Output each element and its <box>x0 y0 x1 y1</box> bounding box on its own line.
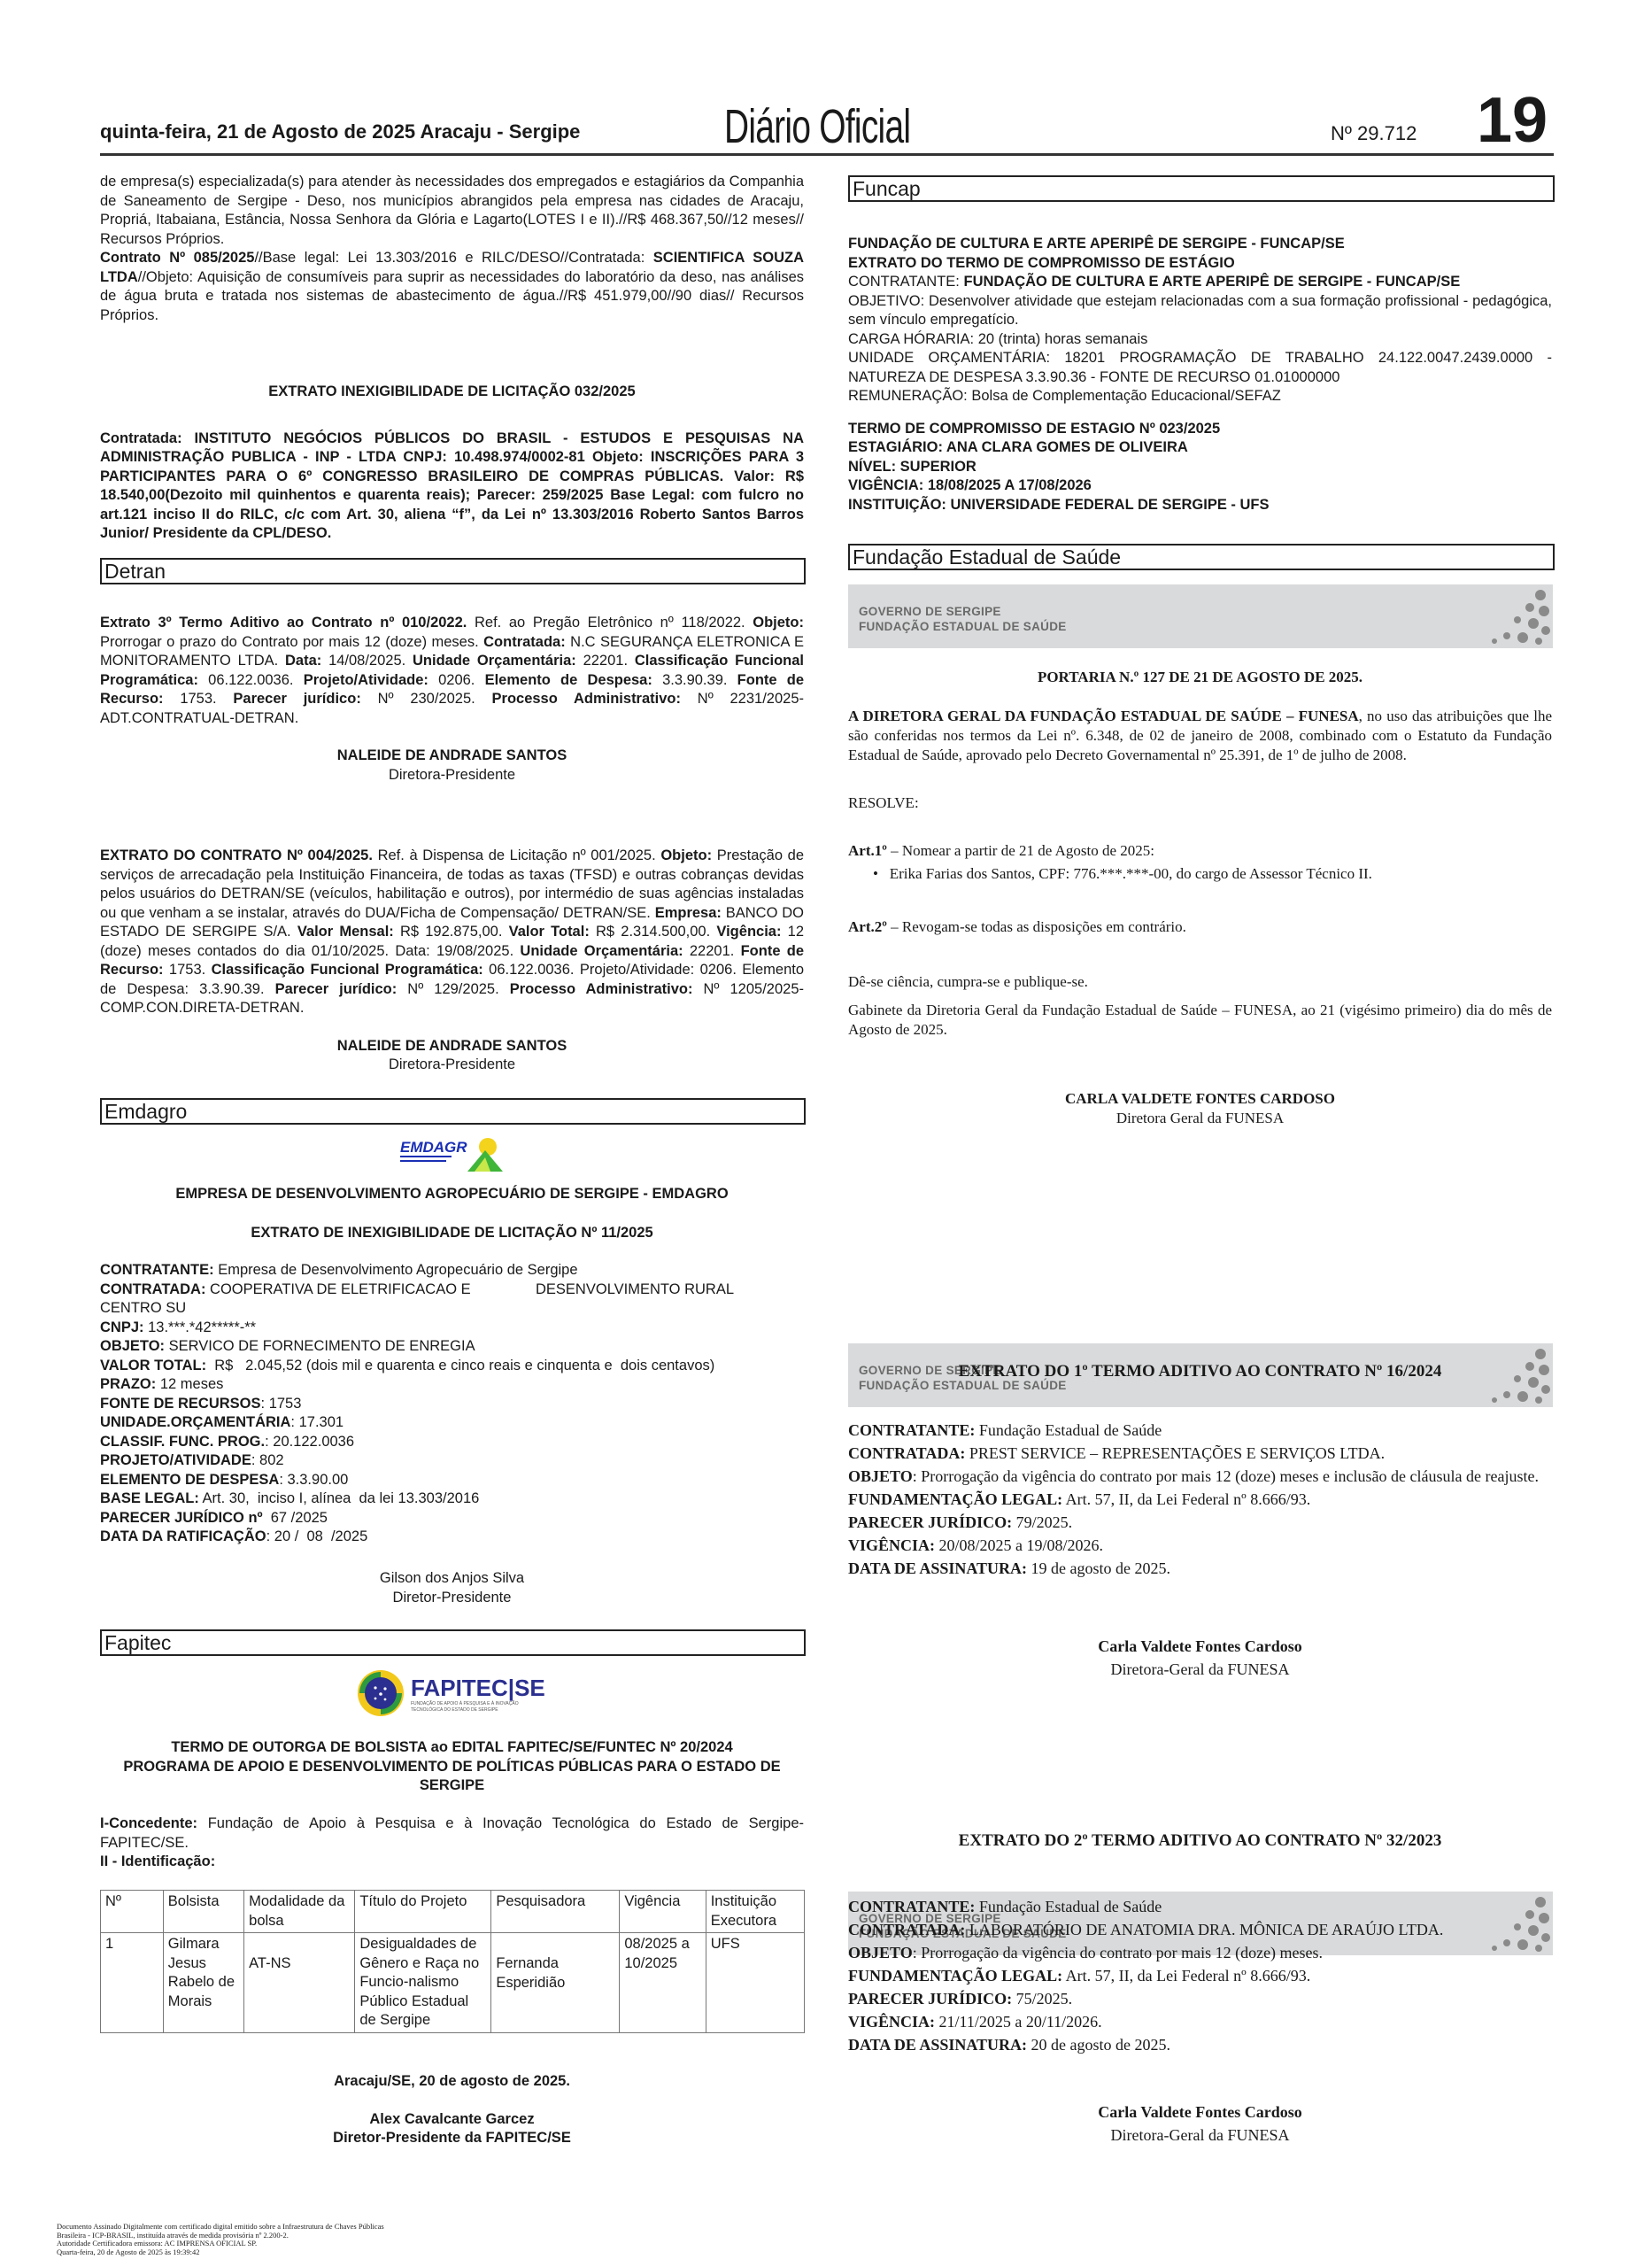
page-number: 19 <box>1477 89 1548 152</box>
field-row: PROJETO/ATIVIDADE: 802 <box>100 1451 773 1471</box>
field-value: : 3.3.90.00 <box>279 1472 348 1488</box>
signer-name: Carla Valdete Fontes Cardoso <box>848 2101 1552 2124</box>
extrato2-fields: CONTRATANTE: Fundação Estadual de SaúdeC… <box>848 1895 1552 2056</box>
extrato1: EXTRATO DO 1º TERMO ADITIVO AO CONTRATO … <box>848 1360 1552 1681</box>
svg-text:TECNOLÓGICA DO ESTADO DE SERGI: TECNOLÓGICA DO ESTADO DE SERGIPE <box>411 1706 498 1713</box>
field-row: CONTRATADA: COOPERATIVA DE ELETRIFICACAO… <box>100 1281 773 1319</box>
field-row: PARECER JURÍDICO: 79/2025. <box>848 1511 1552 1534</box>
field-row: DATA DA RATIFICAÇÃO: 20 / 08 /2025 <box>100 1528 773 1547</box>
field-label: Valor Mensal: <box>297 924 400 940</box>
signer-role: Diretora-Presidente <box>100 766 804 785</box>
field-label: FONTE DE RECURSOS <box>100 1396 261 1412</box>
field-value: 19 de agosto de 2025. <box>1027 1559 1170 1577</box>
bullet-icon: • <box>873 865 890 882</box>
contract-text: //Base legal: Lei 13.303/2016 e RILC/DES… <box>254 250 652 266</box>
concedente-value: Fundação de Apoio à Pesquisa e à Inovaçã… <box>100 1815 804 1851</box>
program-title: PROGRAMA DE APOIO E DESENVOLVIMENTO DE P… <box>100 1758 804 1796</box>
gabinete: Gabinete da Diretoria Geral da Fundação … <box>848 1001 1552 1040</box>
field-row: CLASSIF. FUNC. PROG.: 20.122.0036 <box>100 1433 773 1452</box>
deso-paragraph: de empresa(s) especializada(s) para aten… <box>100 173 804 249</box>
objetivo: OBJETIVO: Desenvolver atividade que este… <box>848 292 1552 330</box>
field-label: CONTRATANTE: <box>100 1262 214 1278</box>
signer-name: Gilson dos Anjos Silva <box>100 1569 804 1589</box>
field-value: : 17.301 <box>290 1414 344 1430</box>
field-label: Contratada: <box>483 634 570 650</box>
field-row: CONTRATANTE: Empresa de Desenvolvimento … <box>100 1261 773 1281</box>
funcap-org: FUNDAÇÃO DE CULTURA E ARTE APERIPÊ DE SE… <box>848 235 1552 254</box>
field-row: CONTRATADA: PREST SERVICE – REPRESENTAÇÕ… <box>848 1442 1552 1465</box>
field-value: R$ 2.314.500,00. <box>596 924 716 940</box>
resolve: RESOLVE: <box>848 793 1552 813</box>
table-header-cell: Pesquisadora <box>491 1891 620 1933</box>
field-label: Extrato 3º Termo Aditivo ao Contrato nº … <box>100 615 475 631</box>
field-value: R$ 2.045,52 (dois mil e quarenta e cinco… <box>206 1358 714 1373</box>
unidade-orcamentaria: UNIDADE ORÇAMENTÁRIA: 18201 PROGRAMAÇÃO … <box>848 349 1552 387</box>
field-value: Ref. à Dispensa de Licitação nº 001/2025… <box>378 847 661 863</box>
field-value: 0206. <box>438 672 484 688</box>
fapitec-concedente: I-Concedente: Fundação de Apoio à Pesqui… <box>100 1814 804 1872</box>
svg-text:FUNDAÇÃO DE APOIO À PESQUISA E: FUNDAÇÃO DE APOIO À PESQUISA E À INOVAÇÃ… <box>411 1700 519 1706</box>
funcap-doc-title: EXTRATO DO TERMO DE COMPROMISSO DE ESTÁG… <box>848 254 1552 274</box>
signer-role: Diretora-Presidente <box>100 1056 804 1075</box>
table-cell: AT-NS <box>244 1933 355 2033</box>
header-rule <box>100 153 1554 156</box>
extrato2-title: EXTRATO DO 2º TERMO ADITIVO AO CONTRATO … <box>848 1830 1552 1853</box>
field-label: Parecer jurídico: <box>233 691 377 707</box>
field-row: FUNDAMENTAÇÃO LEGAL: Art. 57, II, da Lei… <box>848 1488 1552 1511</box>
emdagro-org-title: EMPRESA DE DESENVOLVIMENTO AGROPECUÁRIO … <box>100 1185 804 1242</box>
art2-text: – Revogam-se todas as disposições em con… <box>887 918 1186 935</box>
doc-title: EXTRATO DE INEXIGIBILIDADE DE LICITAÇÃO … <box>100 1224 804 1243</box>
ornament-icon <box>1454 586 1551 646</box>
field-label: DATA DE ASSINATURA: <box>848 2036 1027 2054</box>
field-label: OBJETO: <box>100 1338 165 1354</box>
funesa-banner: GOVERNO DE SERGIPEFUNDAÇÃO ESTADUAL DE S… <box>848 584 1553 648</box>
field-value: 14/08/2025. <box>328 653 413 669</box>
field-label: Processo Administrativo: <box>492 691 698 707</box>
field-label: CONTRATADA: <box>848 1921 965 1938</box>
extrato2: EXTRATO DO 2º TERMO ADITIVO AO CONTRATO … <box>848 1830 1552 2147</box>
remuneracao: REMUNERAÇÃO: Bolsa de Complementação Edu… <box>848 387 1552 406</box>
table-row: 1Gilmara Jesus Rabelo de MoraisAT-NSDesi… <box>101 1933 805 2033</box>
detran-extrato-2: EXTRATO DO CONTRATO Nº 004/2025. Ref. à … <box>100 847 804 1075</box>
field-label: Valor Total: <box>509 924 596 940</box>
table-header-cell: Vigência <box>620 1891 706 1933</box>
field-value: : Prorrogação da vigência do contrato po… <box>913 1467 1539 1485</box>
field-row: BASE LEGAL: Art. 30, inciso I, alínea da… <box>100 1489 773 1509</box>
contract-label: Contrato Nº 085/2025 <box>100 250 254 266</box>
place-date: Aracaju/SE, 20 de agosto de 2025. <box>100 2072 804 2092</box>
field-label: VIGÊNCIA: <box>848 2013 935 2031</box>
field-label: Vigência: <box>716 924 787 940</box>
art1-label: Art.1º <box>848 842 887 859</box>
scholarship-table: NºBolsistaModalidade da bolsaTítulo do P… <box>100 1890 805 2033</box>
carga-horaria: CARGA HÓRARIA: 20 (trinta) horas semanai… <box>848 330 1552 350</box>
field-label: Objeto: <box>660 847 716 863</box>
art2-label: Art.2º <box>848 918 887 935</box>
field-value: 1753. <box>169 962 212 978</box>
section-header-funcap: Funcap <box>848 175 1555 202</box>
field-label: Classificação Funcional Programática: <box>212 962 490 978</box>
signer-name: CARLA VALDETE FONTES CARDOSO <box>848 1089 1552 1109</box>
table-cell: Fernanda Esperidião <box>491 1933 620 2033</box>
funcap-body: FUNDAÇÃO DE CULTURA E ARTE APERIPÊ DE SE… <box>848 235 1552 515</box>
field-label: PRAZO: <box>100 1376 156 1392</box>
field-value: 75/2025. <box>1012 1990 1072 2008</box>
digital-signature-footer: Documento Assinado Digitalmente com cert… <box>57 2223 384 2256</box>
table-cell: Gilmara Jesus Rabelo de Morais <box>163 1933 243 2033</box>
signer-name: Alex Cavalcante Garcez <box>100 2110 804 2130</box>
field-row: CONTRATADA: LABORATÓRIO DE ANATOMIA DRA.… <box>848 1918 1552 1941</box>
field-row: OBJETO: SERVICO DE FORNECIMENTO DE ENREG… <box>100 1337 773 1357</box>
field-row: CONTRATANTE: Fundação Estadual de Saúde <box>848 1419 1552 1442</box>
fapitec-table-wrap: NºBolsistaModalidade da bolsaTítulo do P… <box>100 1890 805 2033</box>
field-value: Fundação Estadual de Saúde <box>975 1898 1162 1915</box>
field-value: 12 meses <box>156 1376 223 1392</box>
emdagro-signature: Gilson dos Anjos Silva Diretor-President… <box>100 1569 804 1607</box>
table-cell: Desigualdades de Gênero e Raça no Funcio… <box>355 1933 491 2033</box>
field-label: CONTRATANTE: <box>848 1898 975 1915</box>
field-label: PARECER JURÍDICO nº <box>100 1510 263 1526</box>
table-header-cell: Instituição Executora <box>706 1891 804 1933</box>
svg-text:EMDAGR: EMDAGR <box>400 1139 467 1156</box>
inex-body: Contratada: INSTITUTO NEGÓCIOS PÚBLICOS … <box>100 429 804 544</box>
detran-extrato-1: Extrato 3º Termo Aditivo ao Contrato nº … <box>100 614 804 785</box>
field-row: OBJETO: Prorrogação da vigência do contr… <box>848 1941 1552 1964</box>
detran-e1-body: Extrato 3º Termo Aditivo ao Contrato nº … <box>100 614 804 728</box>
termo: TERMO DE COMPROMISSO DE ESTAGIO Nº 023/2… <box>848 420 1552 439</box>
field-label: OBJETO <box>848 1944 913 1961</box>
field-value: Empresa de Desenvolvimento Agropecuário … <box>214 1262 578 1278</box>
concedente-label: I-Concedente: <box>100 1815 197 1831</box>
svg-text:FAPITEC|SE: FAPITEC|SE <box>411 1675 545 1701</box>
table-header-cell: Título do Projeto <box>355 1891 491 1933</box>
edition-number: Nº 29.712 <box>1331 122 1417 145</box>
field-row: OBJETO: Prorrogação da vigência do contr… <box>848 1465 1552 1488</box>
field-label: CNPJ: <box>100 1319 144 1335</box>
deso-inex: EXTRATO INEXIGIBILIDADE DE LICITAÇÃO 032… <box>100 383 804 544</box>
field-value: 22201. <box>583 653 635 669</box>
nivel: NÍVEL: SUPERIOR <box>848 458 1552 477</box>
table-cell: 1 <box>101 1933 164 2033</box>
field-row: DATA DE ASSINATURA: 20 de agosto de 2025… <box>848 2033 1552 2056</box>
field-row: FONTE DE RECURSOS: 1753 <box>100 1395 773 1414</box>
emdagro-logo: EMDAGR <box>398 1136 505 1173</box>
portaria-intro-bold: A DIRETORA GERAL DA FUNDAÇÃO ESTADUAL DE… <box>848 708 1359 724</box>
field-value: PREST SERVICE – REPRESENTAÇÕES E SERVIÇO… <box>965 1444 1385 1462</box>
table-cell: 08/2025 a 10/2025 <box>620 1933 706 2033</box>
contract-text: //Objeto: Aquisição de consumíveis para … <box>100 269 804 323</box>
field-value: 22201. <box>690 943 741 959</box>
field-label: UNIDADE.ORÇAMENTÁRIA <box>100 1414 290 1430</box>
deso-continued: de empresa(s) especializada(s) para aten… <box>100 173 804 325</box>
field-value: 20/08/2025 a 19/08/2026. <box>935 1536 1103 1554</box>
field-label: CLASSIF. FUNC. PROG. <box>100 1434 265 1450</box>
field-label: Projeto/Atividade: <box>304 672 438 688</box>
signer-role: Diretora-Geral da FUNESA <box>848 1658 1552 1681</box>
portaria: PORTARIA N.º 127 DE 21 DE AGOSTO DE 2025… <box>848 668 1552 1128</box>
field-label: Parecer jurídico: <box>275 981 408 997</box>
field-value: 3.3.90.39. <box>662 672 737 688</box>
field-row: DATA DE ASSINATURA: 19 de agosto de 2025… <box>848 1557 1552 1580</box>
field-value: 1753. <box>180 691 233 707</box>
field-value: Art. 57, II, da Lei Federal nº 8.666/93. <box>1062 1490 1310 1508</box>
field-label: PROJETO/ATIVIDADE <box>100 1452 251 1468</box>
section-header-emdagro: Emdagro <box>100 1098 806 1125</box>
section-header-fapitec: Fapitec <box>100 1629 806 1656</box>
field-label: CONTRATADA: <box>100 1281 205 1297</box>
field-value: 20 de agosto de 2025. <box>1027 2036 1170 2054</box>
field-value: : Prorrogação da vigência do contrato po… <box>913 1944 1323 1961</box>
field-label: VIGÊNCIA: <box>848 1536 935 1554</box>
field-label: DATA DE ASSINATURA: <box>848 1559 1027 1577</box>
field-label: FUNDAMENTAÇÃO LEGAL: <box>848 1967 1062 1985</box>
fapitec-signature: Aracaju/SE, 20 de agosto de 2025. Alex C… <box>100 2072 804 2148</box>
identificacao-label: II - Identificação: <box>100 1853 215 1869</box>
signer-role: Diretora-Geral da FUNESA <box>848 2124 1552 2147</box>
field-value: 79/2025. <box>1012 1513 1072 1531</box>
emdagro-fields: CONTRATANTE: Empresa de Desenvolvimento … <box>100 1261 773 1547</box>
section-header-funesa: Fundação Estadual de Saúde <box>848 544 1555 570</box>
signer-role: Diretor-Presidente da FAPITEC/SE <box>100 2129 804 2148</box>
field-value: SERVICO DE FORNECIMENTO DE ENREGIA <box>165 1338 475 1354</box>
banner-org: FUNDAÇÃO ESTADUAL DE SAÚDE <box>859 619 1067 634</box>
signer-name: Carla Valdete Fontes Cardoso <box>848 1635 1552 1658</box>
field-value: : 1753 <box>261 1396 302 1412</box>
field-value: Art. 30, inciso I, alínea da lei 13.303/… <box>199 1490 479 1506</box>
extrato1-fields: CONTRATANTE: Fundação Estadual de SaúdeC… <box>848 1419 1552 1580</box>
art1-item: Erika Farias dos Santos, CPF: 776.***.**… <box>890 865 1372 882</box>
signer-role: Diretora Geral da FUNESA <box>848 1109 1552 1128</box>
footer-line: Quarta-feira, 20 de Agosto de 2025 às 19… <box>57 2248 384 2257</box>
signer-role: Diretor-Presidente <box>100 1589 804 1608</box>
field-row: CONTRATANTE: Fundação Estadual de Saúde <box>848 1895 1552 1918</box>
estagiario: ESTAGIÁRIO: ANA CLARA GOMES DE OLIVEIRA <box>848 438 1552 458</box>
field-label: CONTRATADA: <box>848 1444 965 1462</box>
field-value: : 20 / 08 /2025 <box>266 1528 368 1544</box>
table-header-cell: Modalidade da bolsa <box>244 1891 355 1933</box>
portaria-title: PORTARIA N.º 127 DE 21 DE AGOSTO DE 2025… <box>848 668 1552 687</box>
field-label: Empresa: <box>655 905 726 921</box>
field-row: VIGÊNCIA: 21/11/2025 a 20/11/2026. <box>848 2010 1552 2033</box>
field-label: Processo Administrativo: <box>510 981 704 997</box>
field-label: DATA DA RATIFICAÇÃO <box>100 1528 266 1544</box>
field-value: Nº 129/2025. <box>407 981 509 997</box>
table-header-cell: Nº <box>101 1891 164 1933</box>
field-label: CONTRATANTE: <box>848 1421 975 1439</box>
field-label: OBJETO <box>848 1467 913 1485</box>
field-row: UNIDADE.ORÇAMENTÁRIA: 17.301 <box>100 1413 773 1433</box>
field-row: FUNDAMENTAÇÃO LEGAL: Art. 57, II, da Lei… <box>848 1964 1552 1987</box>
field-label: VALOR TOTAL: <box>100 1358 206 1373</box>
contratante-label: CONTRATANTE: <box>848 274 963 290</box>
banner-gov: GOVERNO DE SERGIPE <box>859 604 1067 619</box>
field-value: Art. 57, II, da Lei Federal nº 8.666/93. <box>1062 1967 1310 1985</box>
signer-name: NALEIDE DE ANDRADE SANTOS <box>100 1037 804 1056</box>
field-label: PARECER JURÍDICO: <box>848 1990 1012 2008</box>
term-title: TERMO DE OUTORGA DE BOLSISTA ao EDITAL F… <box>100 1738 804 1758</box>
publique: Dê-se ciência, cumpra-se e publique-se. <box>848 972 1552 992</box>
inex-title: EXTRATO INEXIGIBILIDADE DE LICITAÇÃO 032… <box>100 383 804 402</box>
field-row: VIGÊNCIA: 20/08/2025 a 19/08/2026. <box>848 1534 1552 1557</box>
table-header-cell: Bolsista <box>163 1891 243 1933</box>
field-row: PRAZO: 12 meses <box>100 1375 773 1395</box>
field-label: Data: <box>285 653 328 669</box>
field-value: : 802 <box>251 1452 284 1468</box>
field-label: PARECER JURÍDICO: <box>848 1513 1012 1531</box>
field-row: VALOR TOTAL: R$ 2.045,52 (dois mil e qua… <box>100 1357 773 1376</box>
detran-e2-body: EXTRATO DO CONTRATO Nº 004/2025. Ref. à … <box>100 847 804 1018</box>
field-row: CNPJ: 13.***.*42*****-** <box>100 1319 773 1338</box>
vigencia: VIGÊNCIA: 18/08/2025 A 17/08/2026 <box>848 476 1552 496</box>
field-value: 13.***.*42*****-** <box>144 1319 257 1335</box>
header-date-location: quinta-feira, 21 de Agosto de 2025 Araca… <box>100 120 580 143</box>
field-label: Unidade Orçamentária: <box>413 653 583 669</box>
field-label: ELEMENTO DE DESPESA <box>100 1472 279 1488</box>
contratante-value: FUNDAÇÃO DE CULTURA E ARTE APERIPÊ DE SE… <box>963 274 1460 290</box>
fapitec-titles: TERMO DE OUTORGA DE BOLSISTA ao EDITAL F… <box>100 1738 804 1796</box>
table-cell: UFS <box>706 1933 804 2033</box>
field-value: 21/11/2025 a 20/11/2026. <box>935 2013 1102 2031</box>
field-row: PARECER JURÍDICO: 75/2025. <box>848 1987 1552 2010</box>
deso-contract-085: Contrato Nº 085/2025//Base legal: Lei 13… <box>100 249 804 325</box>
field-label: BASE LEGAL: <box>100 1490 199 1506</box>
org-title: EMPRESA DE DESENVOLVIMENTO AGROPECUÁRIO … <box>100 1185 804 1204</box>
masthead-title: Diário Oficial <box>724 99 910 154</box>
field-label: FUNDAMENTAÇÃO LEGAL: <box>848 1490 1062 1508</box>
field-value: Fundação Estadual de Saúde <box>975 1421 1162 1439</box>
field-label: EXTRATO DO CONTRATO Nº 004/2025. <box>100 847 378 863</box>
field-value: 06.122.0036. <box>208 672 304 688</box>
signer-name: NALEIDE DE ANDRADE SANTOS <box>100 747 804 766</box>
field-value: Ref. ao Pregão Eletrônico nº 118/2022. <box>475 615 753 631</box>
field-label: Unidade Orçamentária: <box>520 943 689 959</box>
field-value: 67 /2025 <box>263 1510 328 1526</box>
field-value: R$ 192.875,00. <box>400 924 509 940</box>
field-row: ELEMENTO DE DESPESA: 3.3.90.00 <box>100 1471 773 1490</box>
extrato1-title: EXTRATO DO 1º TERMO ADITIVO AO CONTRATO … <box>848 1360 1552 1383</box>
field-value: Nº 230/2025. <box>378 691 492 707</box>
field-label: Objeto: <box>753 615 804 631</box>
instituicao: INSTITUIÇÃO: UNIVERSIDADE FEDERAL DE SER… <box>848 496 1552 515</box>
field-value: Prorrogar o prazo do Contrato por mais 1… <box>100 634 483 650</box>
field-value: : 20.122.0036 <box>265 1434 354 1450</box>
field-value: LABORATÓRIO DE ANATOMIA DRA. MÔNICA DE A… <box>965 1921 1443 1938</box>
art1-text: – Nomear a partir de 21 de Agosto de 202… <box>887 842 1154 859</box>
field-label: Elemento de Despesa: <box>485 672 662 688</box>
table-header-row: NºBolsistaModalidade da bolsaTítulo do P… <box>101 1891 805 1933</box>
fapitec-logo: FAPITEC|SE FUNDAÇÃO DE APOIO À PESQUISA … <box>356 1668 560 1718</box>
field-row: PARECER JURÍDICO nº 67 /2025 <box>100 1509 773 1528</box>
section-header-detran: Detran <box>100 558 806 584</box>
